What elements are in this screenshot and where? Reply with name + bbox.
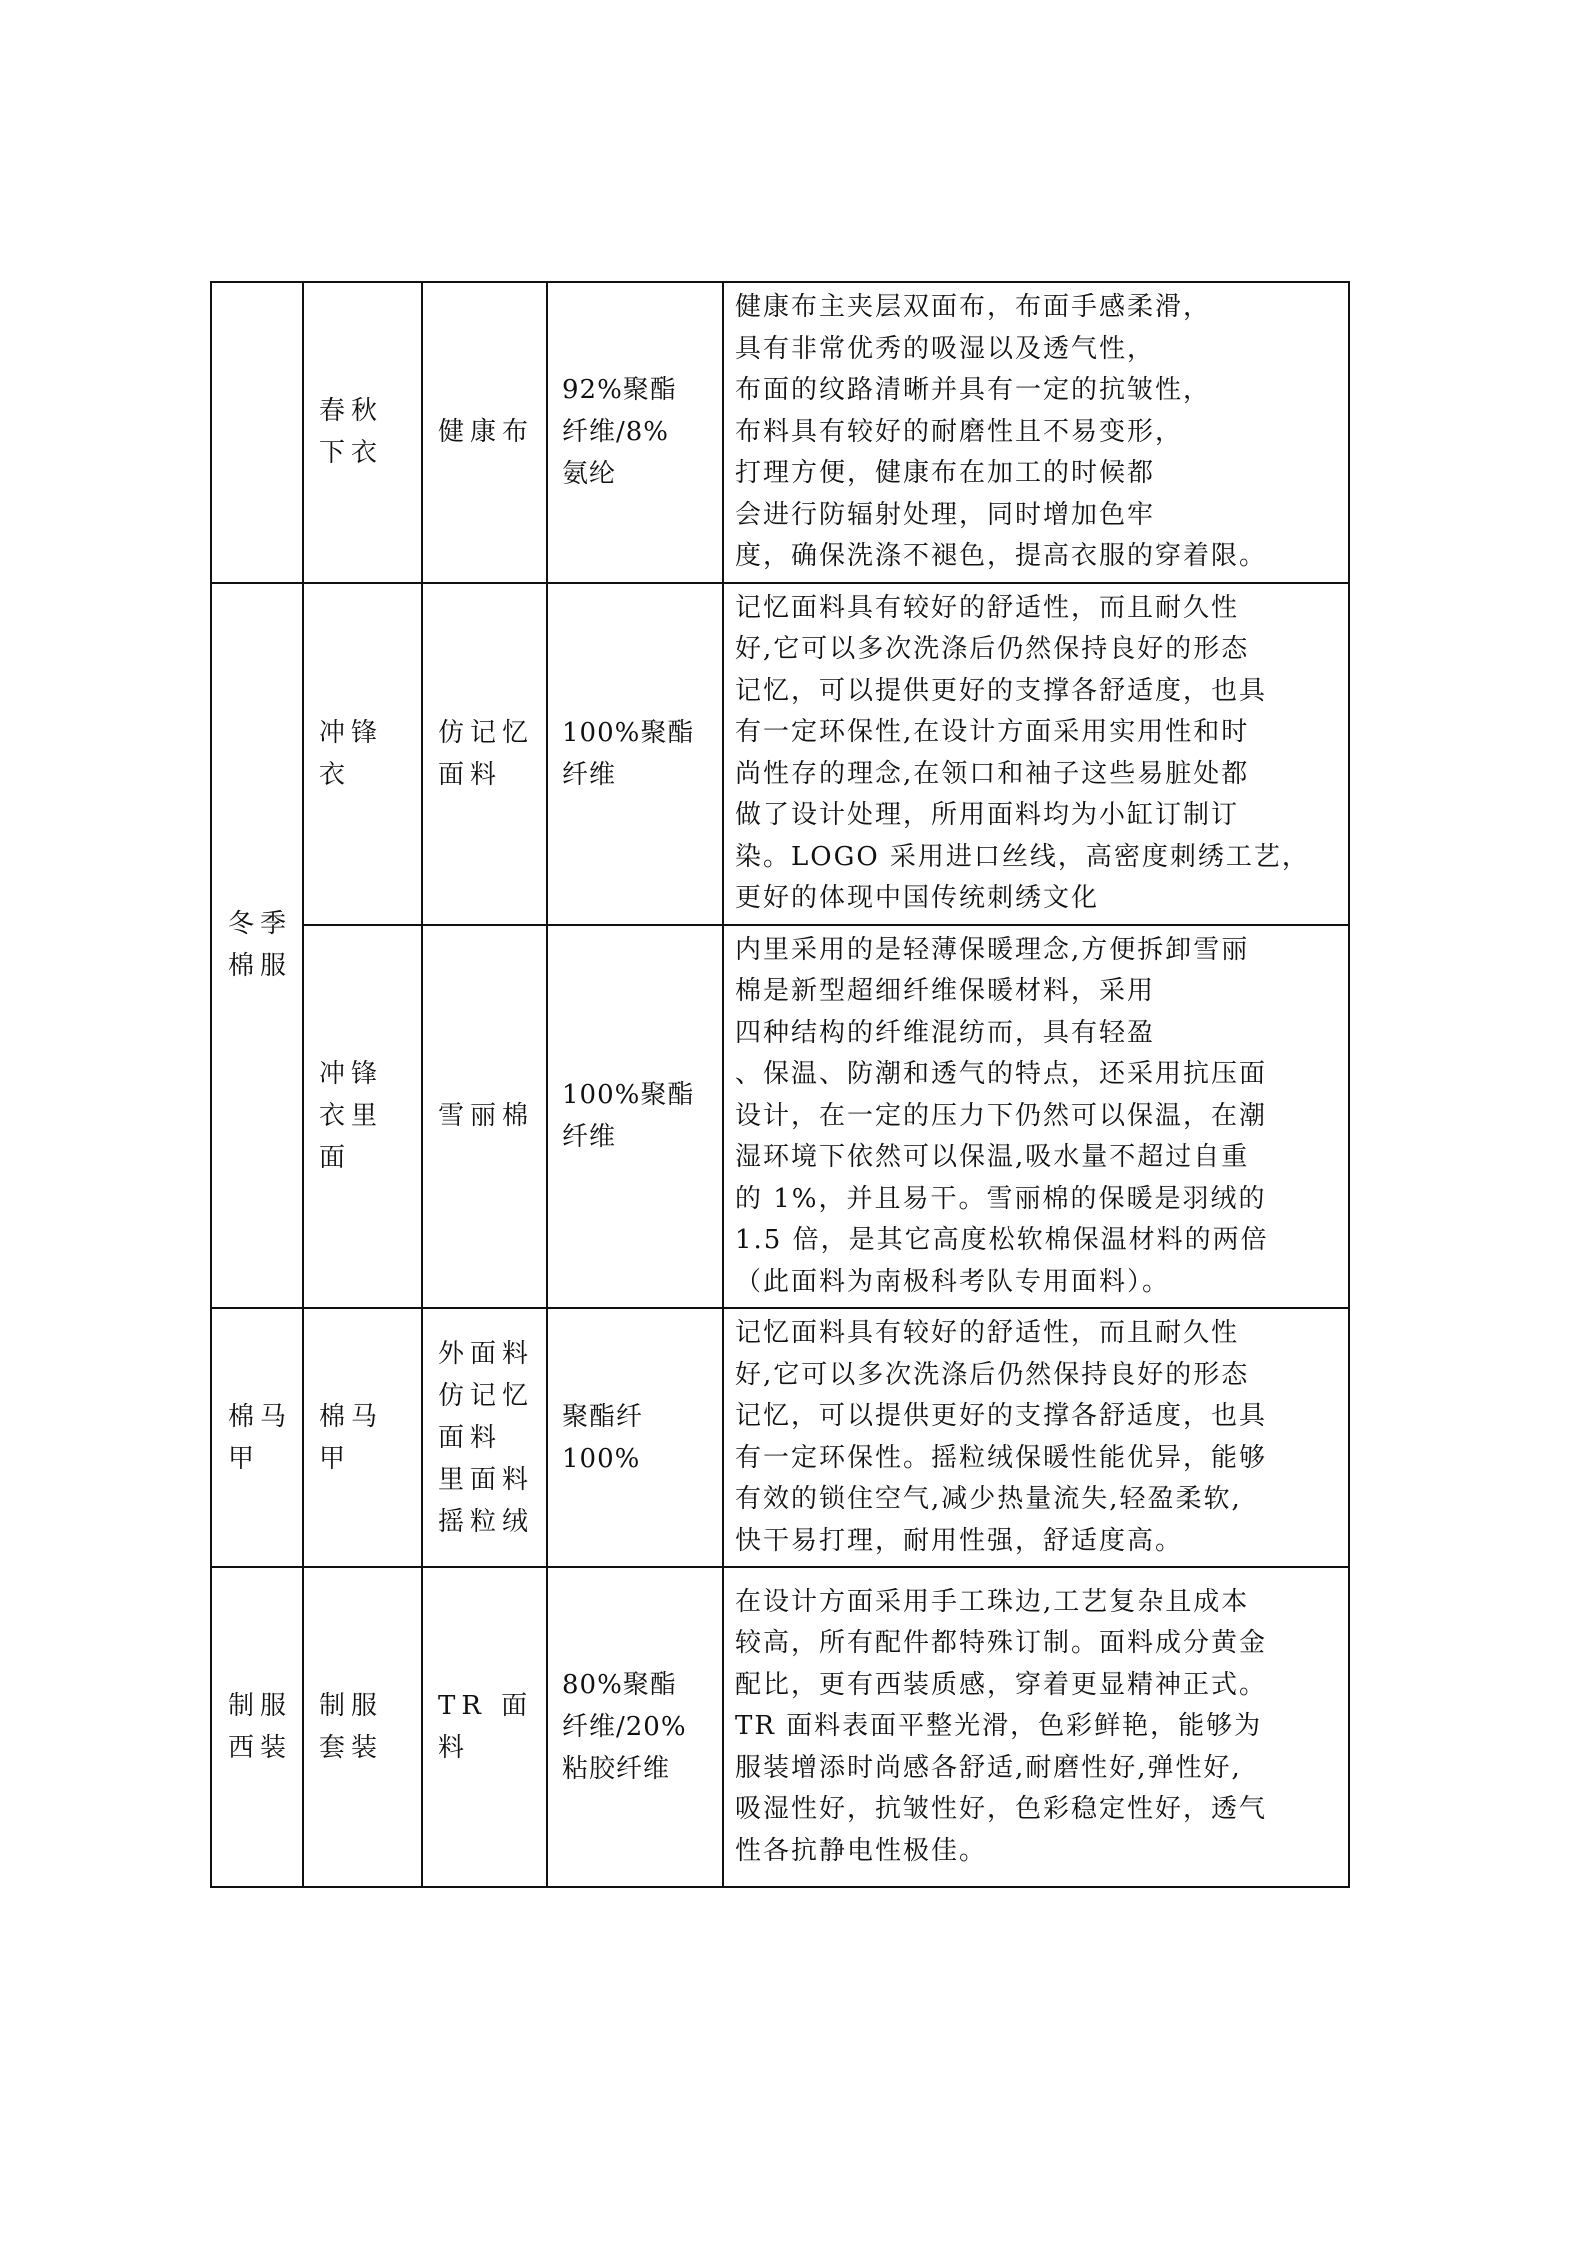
composition-cell: 80%聚酯 纤维/20% 粘胶纤维 <box>547 1567 723 1887</box>
item-cell: 冲锋 衣里 面 <box>303 925 422 1309</box>
category-cell: 冬季 棉服 <box>211 583 303 1309</box>
composition-cell: 100%聚酯 纤维 <box>547 925 723 1309</box>
table-row: 春秋 下衣 健康布 92%聚酯 纤维/8% 氨纶 健康布主夹层双面布，布面手感柔… <box>211 282 1349 583</box>
category-cell: 制服 西装 <box>211 1567 303 1887</box>
table-row: 制服 西装 制服 套装 TR 面料 80%聚酯 纤维/20% 粘胶纤维 在设计方… <box>211 1567 1349 1887</box>
fabric-cell: 健康布 <box>422 282 547 583</box>
fabric-cell: 仿记忆 面料 <box>422 583 547 925</box>
description-cell: 健康布主夹层双面布，布面手感柔滑， 具有非常优秀的吸湿以及透气性， 布面的纹路清… <box>723 282 1349 583</box>
item-cell: 春秋 下衣 <box>303 282 422 583</box>
description-cell: 记忆面料具有较好的舒适性，而且耐久性 好,它可以多次洗涤后仍然保持良好的形态 记… <box>723 1308 1349 1567</box>
composition-cell: 聚酯纤 100% <box>547 1308 723 1567</box>
fabric-cell: 雪丽棉 <box>422 925 547 1309</box>
composition-cell: 92%聚酯 纤维/8% 氨纶 <box>547 282 723 583</box>
fabric-cell: 外面料 仿记忆 面料 里面料 摇粒绒 <box>422 1308 547 1567</box>
category-cell <box>211 282 303 583</box>
table-row: 冲锋 衣里 面 雪丽棉 100%聚酯 纤维 内里采用的是轻薄保暖理念,方便拆卸雪… <box>211 925 1349 1309</box>
composition-cell: 100%聚酯 纤维 <box>547 583 723 925</box>
category-cell: 棉马 甲 <box>211 1308 303 1567</box>
description-cell: 内里采用的是轻薄保暖理念,方便拆卸雪丽 棉是新型超细纤维保暖材料，采用 四种结构… <box>723 925 1349 1309</box>
fabric-spec-table: 春秋 下衣 健康布 92%聚酯 纤维/8% 氨纶 健康布主夹层双面布，布面手感柔… <box>210 281 1350 1888</box>
document-page: 春秋 下衣 健康布 92%聚酯 纤维/8% 氨纶 健康布主夹层双面布，布面手感柔… <box>0 0 1587 2245</box>
description-cell: 记忆面料具有较好的舒适性，而且耐久性 好,它可以多次洗涤后仍然保持良好的形态 记… <box>723 583 1349 925</box>
fabric-cell: TR 面料 <box>422 1567 547 1887</box>
table-row: 冬季 棉服 冲锋 衣 仿记忆 面料 100%聚酯 纤维 记忆面料具有较好的舒适性… <box>211 583 1349 925</box>
item-cell: 棉马 甲 <box>303 1308 422 1567</box>
item-cell: 制服 套装 <box>303 1567 422 1887</box>
item-cell: 冲锋 衣 <box>303 583 422 925</box>
description-cell: 在设计方面采用手工珠边,工艺复杂且成本 较高，所有配件都特殊订制。面料成分黄金 … <box>723 1567 1349 1887</box>
table-row: 棉马 甲 棉马 甲 外面料 仿记忆 面料 里面料 摇粒绒 聚酯纤 100% 记忆… <box>211 1308 1349 1567</box>
